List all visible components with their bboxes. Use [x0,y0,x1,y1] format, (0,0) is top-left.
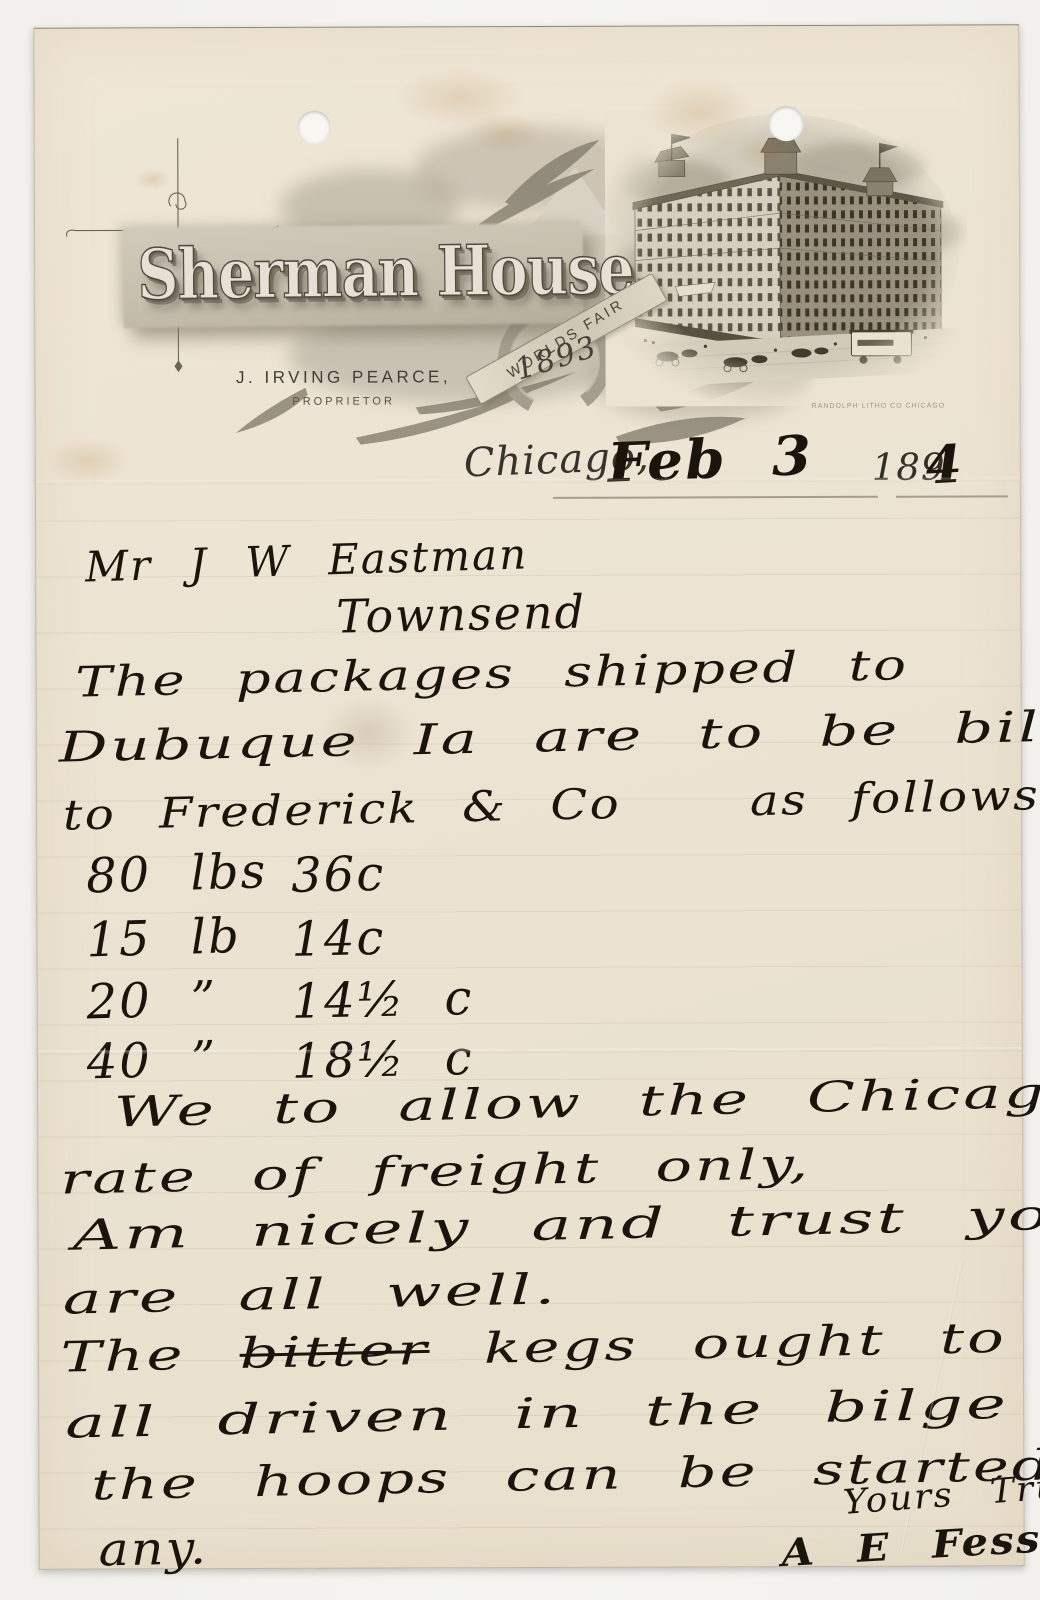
rate-row: 80 lbs 36c [86,846,706,908]
rate-qty: 20 ” [86,971,218,1031]
foxing-stain [644,76,754,146]
rate-price: 14½ c [291,970,474,1030]
rate-price: 14c [291,910,386,968]
punch-hole-left [298,111,331,144]
hotel-name-logo: Sherman House [137,228,634,316]
proprietor-name: J. IRVING PEARCE, [204,367,484,388]
rate-qty: 15 lb [86,908,242,969]
litho-credit: RANDOLPH LITHO CO CHICAGO [812,402,1012,410]
recipient-location-line: Townsend [336,584,587,643]
rate-price: 36c [291,846,386,904]
body-line: are all well. [62,1264,558,1323]
punch-hole-right [769,106,804,141]
foxing-stain [46,436,131,484]
dateline-day: Feb 3 [606,423,814,495]
proprietor-title: PROPRIETOR [204,395,484,408]
foxing-stain [465,113,545,153]
rate-row: 20 ” 14½ c [87,972,707,1034]
dateline-year-handwritten: 4 [924,434,966,497]
dateline-rule [553,496,878,499]
body-line-prefix: The [60,1329,240,1382]
foxing-stain [135,168,171,190]
letter-paper: Sherman House WORLDS FAIR 1893 J. IRVING… [33,24,1024,1569]
dateline-rule [896,495,1008,497]
rate-row: 15 lb 14c [86,910,706,972]
rate-qty: 80 lbs [85,843,268,904]
rate-qty: 40 ” [86,1031,218,1091]
struck-word: bitter [239,1325,430,1378]
body-line: any. [98,1520,209,1576]
photo-backdrop: Sherman House WORLDS FAIR 1893 J. IRVING… [0,0,1040,1600]
